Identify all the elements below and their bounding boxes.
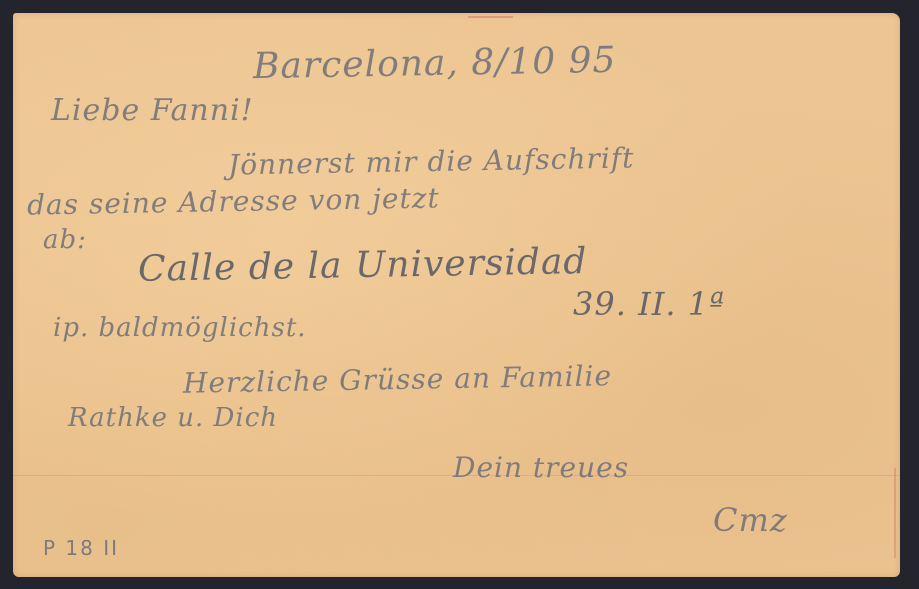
body-line-2: das seine Adresse von jetzt	[27, 181, 440, 221]
address-street: Calle de la Universidad	[138, 241, 588, 290]
greeting: Liebe Fanni!	[51, 93, 254, 128]
edge-mark	[894, 468, 896, 558]
place-date: Barcelona, 8/10 95	[253, 40, 617, 87]
body-line-4: ip. baldmöglichst.	[53, 313, 307, 343]
body-line-3: ab:	[43, 225, 87, 255]
address-number: 39. II. 1ª	[573, 285, 725, 323]
body-line-6: Rathke u. Dich	[68, 403, 278, 433]
body-line-1: Jönnerst mir die Aufschrift	[228, 141, 635, 181]
closing: Dein treues	[453, 451, 629, 484]
catalog-note: P 18 II	[43, 536, 119, 560]
stamp-trace	[468, 16, 513, 18]
signature: Cmz	[713, 501, 788, 539]
body-line-5: Herzliche Grüsse an Familie	[183, 359, 613, 399]
postcard: Barcelona, 8/10 95 Liebe Fanni! Jönnerst…	[13, 13, 900, 577]
